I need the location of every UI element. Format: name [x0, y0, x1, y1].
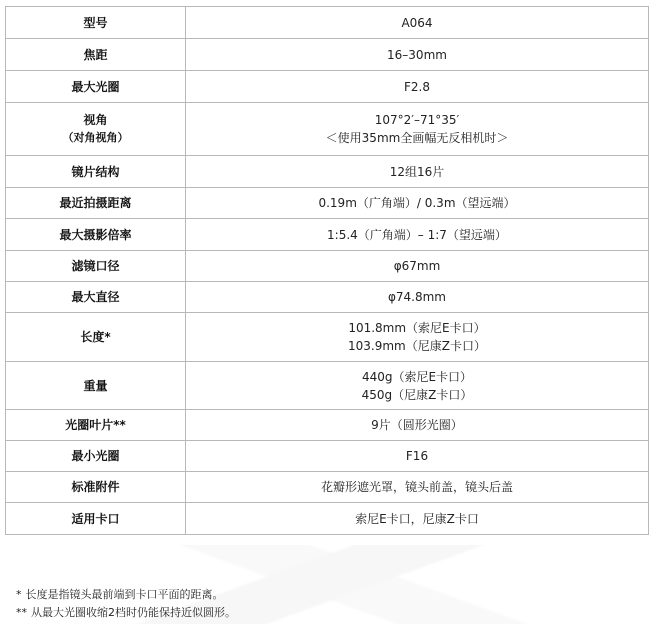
table-row: 最近拍摄距离 0.19m（广角端）/ 0.3m（望远端） [6, 188, 649, 219]
table-row: 型号 A064 [6, 7, 649, 39]
footnote-text: 从最大光圈收缩2档时仍能保持近似圆形。 [31, 606, 236, 619]
weight-nikon-z: 450g（尼康Z卡口） [186, 386, 648, 404]
row-label-min-aperture: 最小光圈 [6, 441, 186, 472]
footnotes: *长度是指镜头最前端到卡口平面的距离。 **从最大光圈收缩2档时仍能保持近似圆形… [16, 586, 236, 622]
footnote-mark: * [16, 588, 22, 601]
table-row: 最小光圈 F16 [6, 441, 649, 472]
length-nikon-z: 103.9mm（尼康Z卡口） [186, 337, 648, 355]
table-row: 最大摄影倍率 1:5.4（广角端）– 1:7（望远端） [6, 219, 649, 251]
row-label-angle-of-view: 视角 （对角视角） [6, 103, 186, 156]
angle-of-view-range: 107°2′–71°35′ [186, 111, 648, 129]
weight-sony-e: 440g（索尼E卡口） [186, 368, 648, 386]
row-value-focal-length: 16–30mm [186, 39, 649, 71]
row-value-standard-accessories: 花瓣形遮光罩，镜头前盖，镜头后盖 [186, 472, 649, 503]
row-label-lens-construction: 镜片结构 [6, 156, 186, 188]
angle-of-view-sublabel: （对角视角） [6, 129, 185, 147]
table-row: 滤镜口径 φ67mm [6, 251, 649, 282]
row-label-model: 型号 [6, 7, 186, 39]
table-row: 焦距 16–30mm [6, 39, 649, 71]
row-label-min-focus-distance: 最近拍摄距离 [6, 188, 186, 219]
row-value-lens-construction: 12组16片 [186, 156, 649, 188]
table-row: 最大直径 φ74.8mm [6, 282, 649, 313]
row-value-model: A064 [186, 7, 649, 39]
row-value-min-focus-distance: 0.19m（广角端）/ 0.3m（望远端） [186, 188, 649, 219]
footnote-mark: ** [16, 606, 27, 619]
spec-table: 型号 A064 焦距 16–30mm 最大光圈 F2.8 视角 （对角视角） 1… [5, 6, 649, 535]
row-value-filter-size: φ67mm [186, 251, 649, 282]
table-row: 长度* 101.8mm（索尼E卡口） 103.9mm（尼康Z卡口） [6, 313, 649, 362]
row-value-max-aperture: F2.8 [186, 71, 649, 103]
footnote-text: 长度是指镜头最前端到卡口平面的距离。 [26, 588, 224, 601]
table-row: 重量 440g（索尼E卡口） 450g（尼康Z卡口） [6, 362, 649, 410]
row-label-filter-size: 滤镜口径 [6, 251, 186, 282]
table-row: 最大光圈 F2.8 [6, 71, 649, 103]
footnote-length: *长度是指镜头最前端到卡口平面的距离。 [16, 586, 236, 604]
table-row: 标准附件 花瓣形遮光罩，镜头前盖，镜头后盖 [6, 472, 649, 503]
table-row: 光圈叶片** 9片（圆形光圈） [6, 410, 649, 441]
row-label-focal-length: 焦距 [6, 39, 186, 71]
row-value-length: 101.8mm（索尼E卡口） 103.9mm（尼康Z卡口） [186, 313, 649, 362]
length-sony-e: 101.8mm（索尼E卡口） [186, 319, 648, 337]
table-row: 镜片结构 12组16片 [6, 156, 649, 188]
row-value-min-aperture: F16 [186, 441, 649, 472]
footnote-aperture-blades: **从最大光圈收缩2档时仍能保持近似圆形。 [16, 604, 236, 622]
angle-of-view-note: ＜使用35mm全画幅无反相机时＞ [186, 129, 648, 147]
row-value-compatible-mounts: 索尼E卡口，尼康Z卡口 [186, 503, 649, 535]
row-value-max-diameter: φ74.8mm [186, 282, 649, 313]
row-value-max-magnification: 1:5.4（广角端）– 1:7（望远端） [186, 219, 649, 251]
angle-of-view-label: 视角 [6, 111, 185, 129]
row-label-weight: 重量 [6, 362, 186, 410]
row-label-max-diameter: 最大直径 [6, 282, 186, 313]
row-label-standard-accessories: 标准附件 [6, 472, 186, 503]
row-label-length: 长度* [6, 313, 186, 362]
row-value-angle-of-view: 107°2′–71°35′ ＜使用35mm全画幅无反相机时＞ [186, 103, 649, 156]
row-label-compatible-mounts: 适用卡口 [6, 503, 186, 535]
row-label-max-magnification: 最大摄影倍率 [6, 219, 186, 251]
table-row: 视角 （对角视角） 107°2′–71°35′ ＜使用35mm全画幅无反相机时＞ [6, 103, 649, 156]
row-label-aperture-blades: 光圈叶片** [6, 410, 186, 441]
row-value-aperture-blades: 9片（圆形光圈） [186, 410, 649, 441]
row-label-max-aperture: 最大光圈 [6, 71, 186, 103]
row-value-weight: 440g（索尼E卡口） 450g（尼康Z卡口） [186, 362, 649, 410]
table-row: 适用卡口 索尼E卡口，尼康Z卡口 [6, 503, 649, 535]
